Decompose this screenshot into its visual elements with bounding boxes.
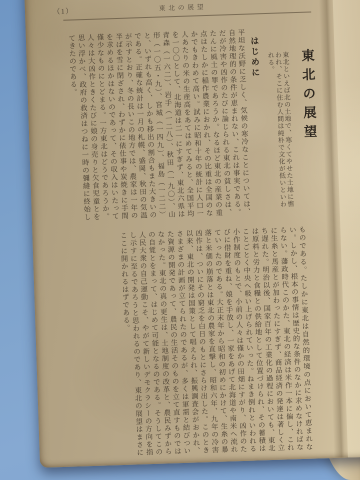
article-title: 東北の展望 bbox=[295, 24, 321, 214]
book-photo: （1） 東北の展望 東北の展望 東北といえば北の土地で、寒くてやせた土地に憔われ… bbox=[0, 0, 360, 480]
section-heading: はじめに bbox=[248, 26, 265, 215]
body-text-upper: 平坦な沃野に乏しく、気候の寒冷なことについては、自然地理的の条件が恵まれない、こ… bbox=[68, 27, 252, 222]
page-number: （1） bbox=[53, 6, 74, 17]
upper-text-block: 東北の展望 東北といえば北の土地で、寒くてやせた土地に憔われ、そこに住む人間は純… bbox=[68, 24, 322, 221]
body-text-lower: ものである。たしかに東北は自然的環境の点において恵まれない。しかし、根本の事情は… bbox=[118, 226, 313, 457]
lower-text-block: ものである。たしかに東北は自然的環境の点において恵まれない。しかし、根本の事情は… bbox=[80, 226, 313, 458]
book-page: （1） 東北の展望 東北の展望 東北といえば北の土地で、寒くてやせた土地に憔われ… bbox=[24, 0, 360, 468]
header-rule bbox=[63, 11, 311, 20]
article-epigraph: 東北といえば北の土地で、寒くてやせた土地に憔われ、そこに住む人間は純朴で文化が低… bbox=[265, 25, 293, 215]
running-header: 東北の展望 bbox=[159, 2, 207, 13]
